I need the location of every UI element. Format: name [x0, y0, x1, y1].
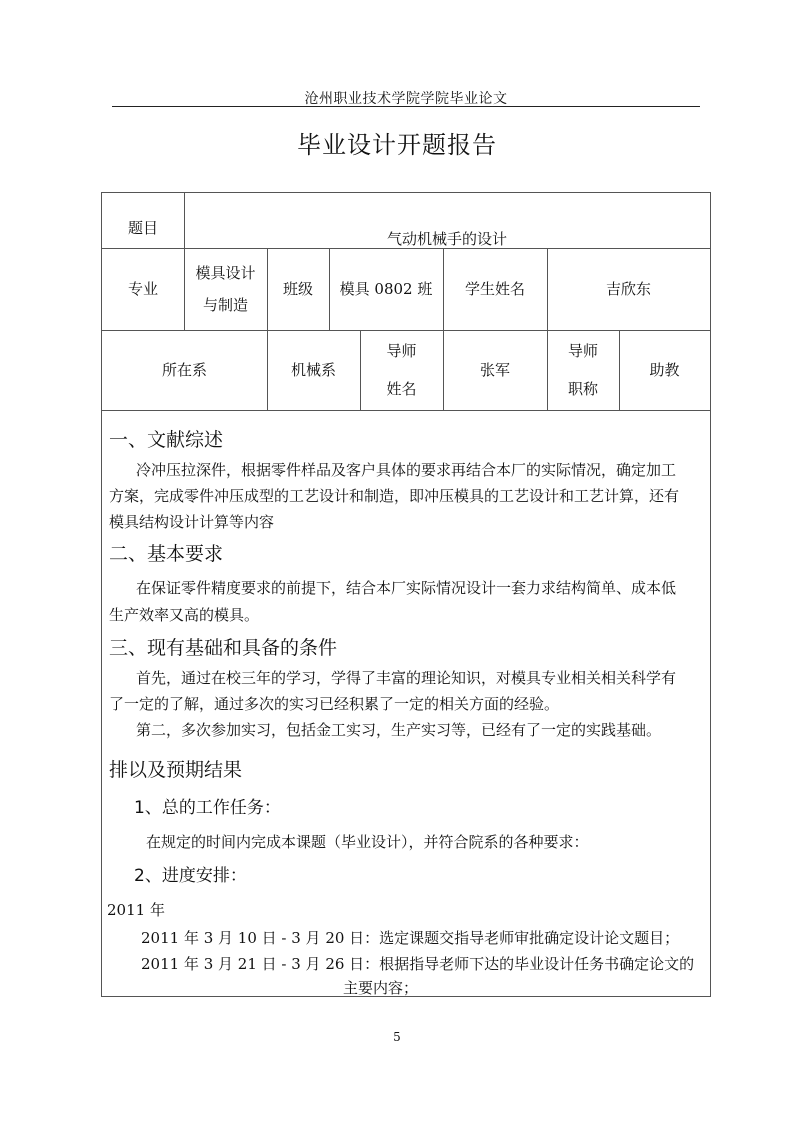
department-label: 所在系	[102, 330, 267, 410]
section-2-heading: 二、基本要求	[109, 539, 223, 566]
advisor-title-value: 助教	[619, 330, 710, 410]
schedule-item-continuation: 主要内容；	[343, 977, 418, 998]
major-value-line1: 模具设计	[195, 257, 255, 289]
report-form: 题目 气动机械手的设计 专业 模具设计 与制造 班级 模具 0802 班 学生姓…	[101, 192, 711, 997]
section-3-heading: 三、现有基础和具备的条件	[109, 633, 337, 660]
advisor-name-label-line1: 导师	[386, 332, 416, 370]
section-3-text-line: 了一定的了解，通过多次的实习已经积累了一定的相关方面的经验。	[109, 693, 559, 714]
class-value: 模具 0802 班	[329, 248, 443, 330]
subsection-1-text: 在规定的时间内完成本课题（毕业设计），并符合院系的各种要求：	[146, 831, 589, 852]
section-2-text-line: 在保证零件精度要求的前提下，结合本厂实际情况设计一套力求结构简单、成本低	[136, 577, 676, 598]
major-value: 模具设计 与制造	[184, 248, 267, 330]
school-header-text: 沧州职业技术学院学院毕业论文	[114, 88, 698, 108]
student-name-label: 学生姓名	[443, 248, 547, 330]
section-2-text-line: 生产效率又高的模具。	[109, 604, 259, 625]
advisor-title-label-line1: 导师	[568, 332, 598, 370]
header-rule	[112, 106, 700, 107]
section-1-heading: 一、文献综述	[109, 425, 223, 452]
department-value: 机械系	[267, 330, 360, 410]
student-name-value: 吉欣东	[547, 248, 710, 330]
schedule-item: 2011 年 3 月 21 日 - 3 月 26 日：根据指导老师下达的毕业设计…	[141, 953, 694, 974]
subsection-1-heading: 1、总的工作任务：	[134, 793, 281, 818]
schedule-item: 2011 年 3 月 10 日 - 3 月 20 日：选定课题交指导老师审批确定…	[141, 927, 679, 948]
subsection-2-heading: 2、进度安排：	[134, 861, 247, 886]
page-number: 5	[0, 1030, 794, 1044]
advisor-name-label-line2: 姓名	[386, 370, 416, 408]
class-label: 班级	[267, 248, 329, 330]
page-title: 毕业设计开题报告	[0, 125, 794, 160]
major-value-line2: 与制造	[203, 289, 248, 321]
schedule-year: 2011 年	[107, 899, 165, 920]
row-divider	[102, 410, 710, 411]
section-1-text-line: 冷冲压拉深件，根据零件样品及客户具体的要求再结合本厂的实际情况，确定加工	[136, 459, 676, 480]
advisor-title-label-line2: 职称	[568, 370, 598, 408]
section-4-heading: 排以及预期结果	[109, 755, 242, 782]
section-1-text-line: 模具结构设计计算等内容	[109, 511, 274, 532]
advisor-name-value: 张军	[443, 330, 547, 410]
section-3-text-line: 首先，通过在校三年的学习，学得了丰富的理论知识，对模具专业相关相关科学有	[136, 667, 676, 688]
advisor-title-label: 导师 职称	[547, 330, 619, 410]
section-3-text-line: 第二，多次参加实习，包括金工实习，生产实习等，已经有了一定的实践基础。	[136, 719, 661, 740]
major-label: 专业	[102, 248, 184, 330]
section-1-text-line: 方案，完成零件冲压成型的工艺设计和制造，即冲压模具的工艺设计和工艺计算，还有	[109, 485, 679, 506]
advisor-name-label: 导师 姓名	[360, 330, 443, 410]
